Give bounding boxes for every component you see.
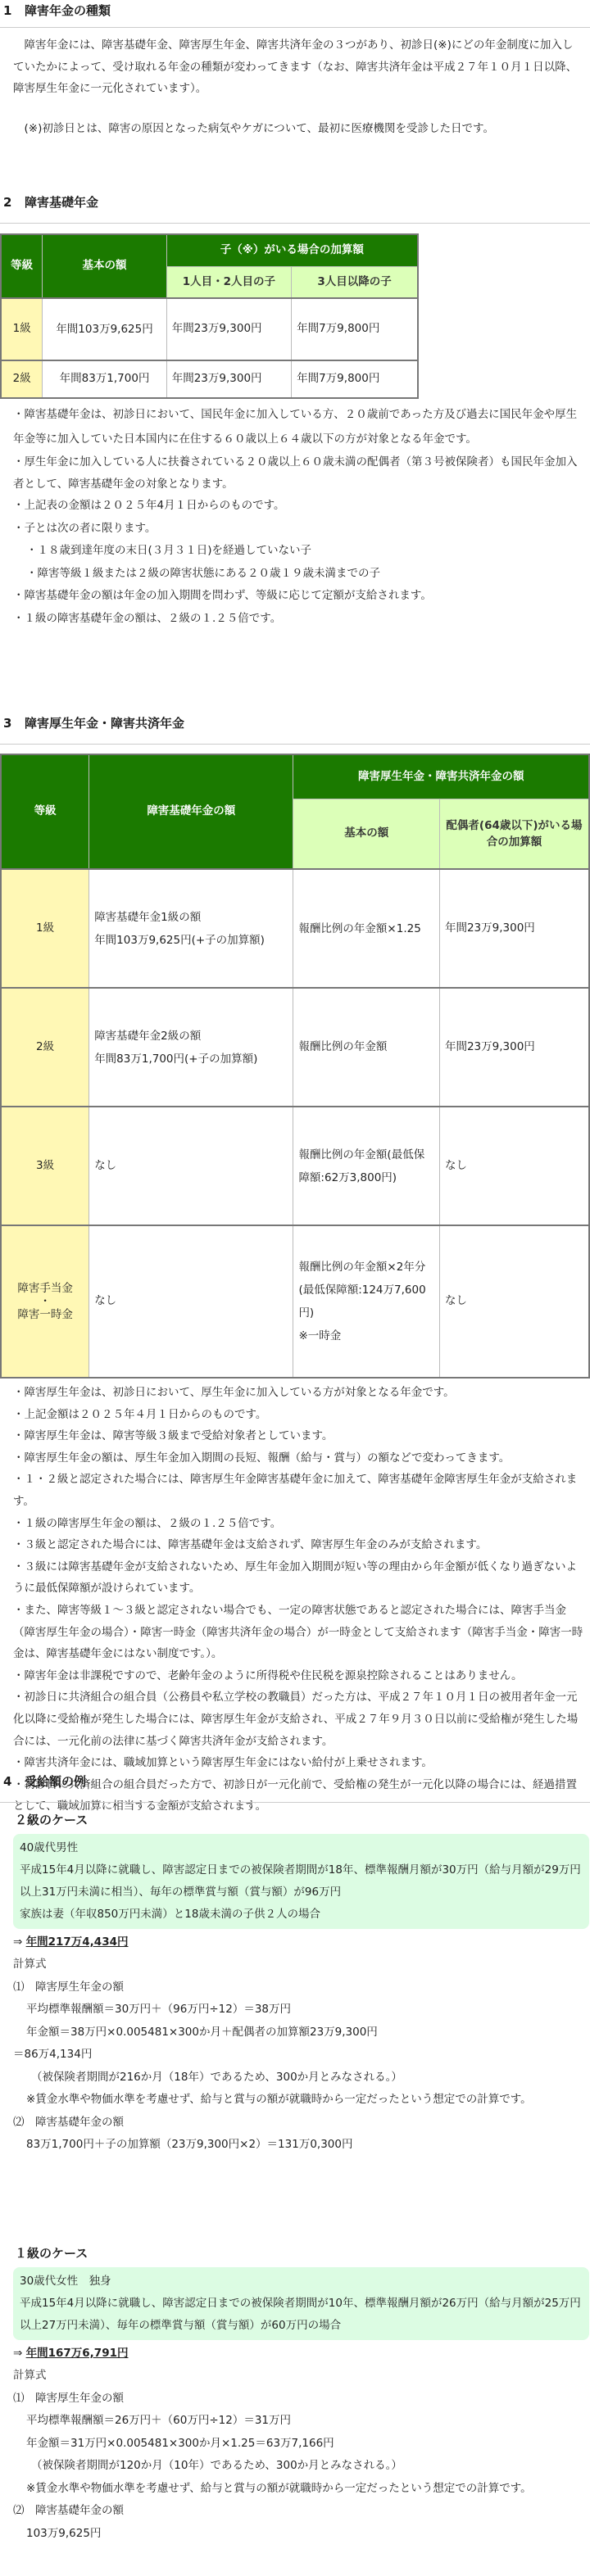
section-title: 障害厚生年金・障害共済年金 xyxy=(25,716,184,731)
calc-line: 年金額＝31万円×0.005481×300か月×1.25＝63万7,166円 xyxy=(13,2433,588,2456)
bullet: ・３級には障害基礎年金が支給されないため、厚生年金加入期間が短い等の理由から年金… xyxy=(13,1556,587,1600)
basic-pension-value: 年間83万1,700円(+子の加算額) xyxy=(94,1048,288,1071)
result-amount: 年間167万6,791円 xyxy=(26,2347,129,2360)
section-number: 3 xyxy=(3,711,25,736)
bullet: ・障害基礎年金は、初診日において、国民年金に加入している方、２０歳前であった方及… xyxy=(13,402,587,451)
section-4: 4受給額の例 ２級のケース 40歳代男性 平成15年4月以降に就職し、障害認定日… xyxy=(0,1769,590,2157)
section-1-note: (※)初診日とは、障害の原因となった病気やケガについて、最初に医療機関を受診した… xyxy=(0,118,590,139)
bullet: ・障害年金は非課税ですので、老齢年金のように所得税や住民税を源泉控除されることは… xyxy=(13,1665,587,1687)
bullet: ・３級と認定された場合には、障害基礎年金は支給されず、障害厚生年金のみが支給され… xyxy=(13,1534,587,1556)
case-conditions-box: 40歳代男性 平成15年4月以降に就職し、障害認定日までの被保険者期間が18年、… xyxy=(13,1834,589,1929)
table-row: 2級 年間83万1,700円 年間23万9,300円 年間7万9,800円 xyxy=(1,360,418,398)
section-4-heading: 4受給額の例 xyxy=(0,1769,590,1803)
calculation: 計算式 ⑴ 障害厚生年金の額 平均標準報酬額＝26万円＋（60万円÷12）＝31… xyxy=(0,2365,590,2545)
calc-note: ※賃金水準や物価水準を考慮せず、給与と賞与の額が就職時から一定だったという想定で… xyxy=(13,2478,588,2501)
calculation: 計算式 ⑴ 障害厚生年金の額 平均標準報酬額＝30万円＋（96万円÷12）＝38… xyxy=(0,1954,590,2157)
employee-pension-table: 等級 障害基礎年金の額 障害厚生年金・障害共済年金の額 基本の額 配偶者(64歳… xyxy=(0,754,590,1379)
bullet: ・障害厚生年金は、障害等級３級まで受給対象者としています。 xyxy=(13,1425,587,1447)
section-2: 2障害基礎年金 等級 基本の額 子（※）がいる場合の加算額 1人目・2人目の子 … xyxy=(0,190,590,630)
cell-grade: 1級 xyxy=(1,869,89,988)
calc-line: 年金額＝38万円×0.005481×300か月＋配偶者の加算額23万9,300円 xyxy=(13,2021,588,2044)
cell-spouse-addition: 年間23万9,300円 xyxy=(439,988,589,1107)
section-number: 1 xyxy=(3,0,25,21)
table-row: 1級 障害基礎年金1級の額 年間103万9,625円(+子の加算額) 報酬比例の… xyxy=(1,869,589,988)
calc-note: ※賃金水準や物価水準を考慮せず、給与と賞与の額が就職時から一定だったという想定で… xyxy=(13,2089,588,2112)
result-amount: 年間217万4,434円 xyxy=(26,1935,129,1949)
cell-base-amount: 報酬比例の年金額×2年分(最低保障額:124万7,600円) ※一時金 xyxy=(293,1225,440,1378)
calc-label: 計算式 xyxy=(13,2365,588,2388)
cell-spouse-addition: なし xyxy=(439,1225,589,1378)
calc-2-title: ⑵ 障害基礎年金の額 xyxy=(13,2500,588,2523)
cell-basic-pension: 障害基礎年金1級の額 年間103万9,625円(+子の加算額) xyxy=(89,869,293,988)
basic-pension-table: 等級 基本の額 子（※）がいる場合の加算額 1人目・2人目の子 3人目以降の子 … xyxy=(0,233,419,399)
cell-spouse-addition: なし xyxy=(439,1107,589,1225)
cell-grade: 1級 xyxy=(1,298,43,360)
cell-grade: 障害手当金 ・ 障害一時金 xyxy=(1,1225,89,1378)
case-line: 平成15年4月以降に就職し、障害認定日までの被保険者期間が18年、標準報酬月額が… xyxy=(20,1859,583,1904)
grade-line: ・ xyxy=(7,1297,84,1306)
calc-line: 83万1,700円＋子の加算額（23万9,300円×2）＝131万0,300円 xyxy=(13,2134,588,2157)
bullet: ・１・２級と認定された場合には、障害厚生年金障害基礎年金に加えて、障害基礎年金障… xyxy=(13,1469,587,1512)
header-spouse-addition: 配偶者(64歳以下)がいる場合の加算額 xyxy=(439,799,589,869)
arrow-icon: ⇒ xyxy=(13,1935,22,1949)
calc-line: 平均標準報酬額＝26万円＋（60万円÷12）＝31万円 xyxy=(13,2410,588,2433)
basic-pension-label: 障害基礎年金2級の額 xyxy=(94,1025,288,1048)
case-title: ２級のケース xyxy=(0,1809,590,1831)
cell-base-amount: 報酬比例の年金額(最低保障額:62万3,800円) xyxy=(293,1107,440,1225)
sub-bullet: ・障害等級１級または２級の障害状態にある２０歳１９歳未満までの子 xyxy=(13,563,587,586)
cell-grade: 3級 xyxy=(1,1107,89,1225)
header-grade: 等級 xyxy=(1,234,43,298)
bullet: ・障害基礎年金の額は年金の加入期間を問わず、等級に応じて定額が支給されます。 xyxy=(13,585,587,608)
cell-basic-pension: 障害基礎年金2級の額 年間83万1,700円(+子の加算額) xyxy=(89,988,293,1107)
case-line: 30歳代女性 独身 xyxy=(20,2270,583,2293)
bullet: ・１級の障害厚生年金の額は、２級の１.２５倍です。 xyxy=(13,1513,587,1535)
grade-line: 障害一時金 xyxy=(7,1306,84,1324)
cell-grade: 2級 xyxy=(1,360,43,398)
calc-result: ＝86万4,134円 xyxy=(13,2044,588,2067)
case-line: 40歳代男性 xyxy=(20,1837,583,1859)
basic-pension-label: 障害基礎年金1級の額 xyxy=(94,906,288,929)
bullet: ・また、障害等級１～３級と認定されない場合でも、一定の障害状態であると認定された… xyxy=(13,1600,587,1665)
cell-child-3-plus: 年間7万9,800円 xyxy=(292,360,418,398)
table-row: 1級 年間103万9,625円 年間23万9,300円 年間7万9,800円 xyxy=(1,298,418,360)
base-amount-note: ※一時金 xyxy=(298,1324,434,1347)
header-base-amount: 基本の額 xyxy=(293,799,440,869)
table-row: 障害手当金 ・ 障害一時金 なし 報酬比例の年金額×2年分(最低保障額:124万… xyxy=(1,1225,589,1378)
calc-line: 平均標準報酬額＝30万円＋（96万円÷12）＝38万円 xyxy=(13,1999,588,2021)
cell-basic-pension: なし xyxy=(89,1107,293,1225)
calc-note-text: ※賃金水準や物価水準を考慮せず、給与と賞与の額が就職時から一定だったという想定で… xyxy=(13,2093,532,2106)
section-title: 障害基礎年金 xyxy=(25,195,98,210)
header-child-3-plus: 3人目以降の子 xyxy=(292,266,418,298)
bullet: ・厚生年金に加入している人に扶養されている２０歳以上６０歳未満の配偶者（第３号被… xyxy=(13,451,587,495)
bullet: ・１級の障害基礎年金の額は、２級の１.２５倍です。 xyxy=(13,608,587,631)
calc-1-title: ⑴ 障害厚生年金の額 xyxy=(13,2388,588,2411)
section-3: 3障害厚生年金・障害共済年金 等級 障害基礎年金の額 障害厚生年金・障害共済年金… xyxy=(0,711,590,1818)
bullet: ・上記表の金額は２０２５年4月１日からのものです。 xyxy=(13,495,587,518)
section-3-notes: ・障害厚生年金は、初診日において、厚生年金に加入している方が対象となる年金です。… xyxy=(0,1382,590,1818)
calc-note-text: ※賃金水準や物価水準を考慮せず、給与と賞与の額が就職時から一定だったという想定で… xyxy=(13,2482,532,2495)
case-title: １級のケース xyxy=(0,2243,590,2264)
section-3-heading: 3障害厚生年金・障害共済年金 xyxy=(0,711,590,745)
basic-pension-value: 年間103万9,625円(+子の加算額) xyxy=(94,929,288,952)
bullet: ・上記金額は２０２５年４月１日からのものです。 xyxy=(13,1404,587,1426)
cell-basic: 年間83万1,700円 xyxy=(43,360,166,398)
cell-child-1-2: 年間23万9,300円 xyxy=(166,360,291,398)
bullet: ・子とは次の者に限ります。 xyxy=(13,518,587,541)
case-line: 平成15年4月以降に就職し、障害認定日までの被保険者期間が10年、標準報酬月額が… xyxy=(20,2293,583,2337)
page: 1障害年金の種類 障害年金には、障害基礎年金、障害厚生年金、障害共済年金の３つが… xyxy=(0,0,590,2576)
case-line: 家族は妻（年収850万円未満）と18歳未満の子供２人の場合 xyxy=(20,1904,583,1926)
section-1-heading: 1障害年金の種類 xyxy=(0,0,590,28)
bullet: ・障害厚生年金は、初診日において、厚生年金に加入している方が対象となる年金です。 xyxy=(13,1382,587,1404)
calc-2-title: ⑵ 障害基礎年金の額 xyxy=(13,2112,588,2135)
section-1-paragraph: 障害年金には、障害基礎年金、障害厚生年金、障害共済年金の３つがあり、初診日(※)… xyxy=(0,34,590,100)
cell-grade: 2級 xyxy=(1,988,89,1107)
header-grade: 等級 xyxy=(1,754,89,869)
cell-base-amount: 報酬比例の年金額 xyxy=(293,988,440,1107)
case-grade-2: ２級のケース 40歳代男性 平成15年4月以降に就職し、障害認定日までの被保険者… xyxy=(0,1809,590,2157)
calc-label: 計算式 xyxy=(13,1954,588,1976)
bullet: ・初診日に共済組合の組合員（公務員や私立学校の教職員）だった方は、平成２７年１０… xyxy=(13,1686,587,1752)
cell-basic-pension: なし xyxy=(89,1225,293,1378)
section-number: 4 xyxy=(3,1769,25,1794)
header-basic-pension: 障害基礎年金の額 xyxy=(89,754,293,869)
case-result: ⇒ 年間217万4,434円 xyxy=(0,1931,590,1954)
header-child-addition: 子（※）がいる場合の加算額 xyxy=(166,234,418,266)
cell-base-amount: 報酬比例の年金額×1.25 xyxy=(293,869,440,988)
header-basic-amount: 基本の額 xyxy=(43,234,166,298)
case-conditions-box: 30歳代女性 独身 平成15年4月以降に就職し、障害認定日までの被保険者期間が1… xyxy=(13,2267,589,2340)
section-2-heading: 2障害基礎年金 xyxy=(0,190,590,224)
section-title: 障害年金の種類 xyxy=(25,3,111,18)
cell-spouse-addition: 年間23万9,300円 xyxy=(439,869,589,988)
calc-line: 103万9,625円 xyxy=(13,2523,588,2546)
header-employee-pension: 障害厚生年金・障害共済年金の額 xyxy=(293,754,589,799)
arrow-icon: ⇒ xyxy=(13,2347,22,2360)
case-grade-1: １級のケース 30歳代女性 独身 平成15年4月以降に就職し、障害認定日までの被… xyxy=(0,2243,590,2545)
sub-bullet: ・１８歳到達年度の末日(３月３１日)を経過していない子 xyxy=(13,540,587,563)
table-row: 3級 なし 報酬比例の年金額(最低保障額:62万3,800円) なし xyxy=(1,1107,589,1225)
calc-note: （被保険者期間が216か月（18年）であるため、300か月とみなされる。） xyxy=(13,2067,588,2089)
section-title: 受給額の例 xyxy=(25,1774,86,1789)
cell-child-1-2: 年間23万9,300円 xyxy=(166,298,291,360)
calc-1-title: ⑴ 障害厚生年金の額 xyxy=(13,1976,588,1999)
section-2-notes: ・障害基礎年金は、初診日において、国民年金に加入している方、２０歳前であった方及… xyxy=(0,402,590,630)
section-number: 2 xyxy=(3,190,25,215)
base-amount-value: 報酬比例の年金額×2年分(最低保障額:124万7,600円) xyxy=(298,1256,434,1324)
bullet: ・障害厚生年金の額は、厚生年金加入期間の長短、報酬（給与・賞与）の額などで変わっ… xyxy=(13,1447,587,1469)
header-child-1-2: 1人目・2人目の子 xyxy=(166,266,291,298)
cell-basic: 年間103万9,625円 xyxy=(43,298,166,360)
cell-child-3-plus: 年間7万9,800円 xyxy=(292,298,418,360)
case-result: ⇒ 年間167万6,791円 xyxy=(0,2342,590,2365)
section-1: 1障害年金の種類 障害年金には、障害基礎年金、障害厚生年金、障害共済年金の３つが… xyxy=(0,0,590,139)
table-row: 2級 障害基礎年金2級の額 年間83万1,700円(+子の加算額) 報酬比例の年… xyxy=(1,988,589,1107)
calc-note: （被保険者期間が120か月（10年）であるため、300か月とみなされる。） xyxy=(13,2455,588,2478)
